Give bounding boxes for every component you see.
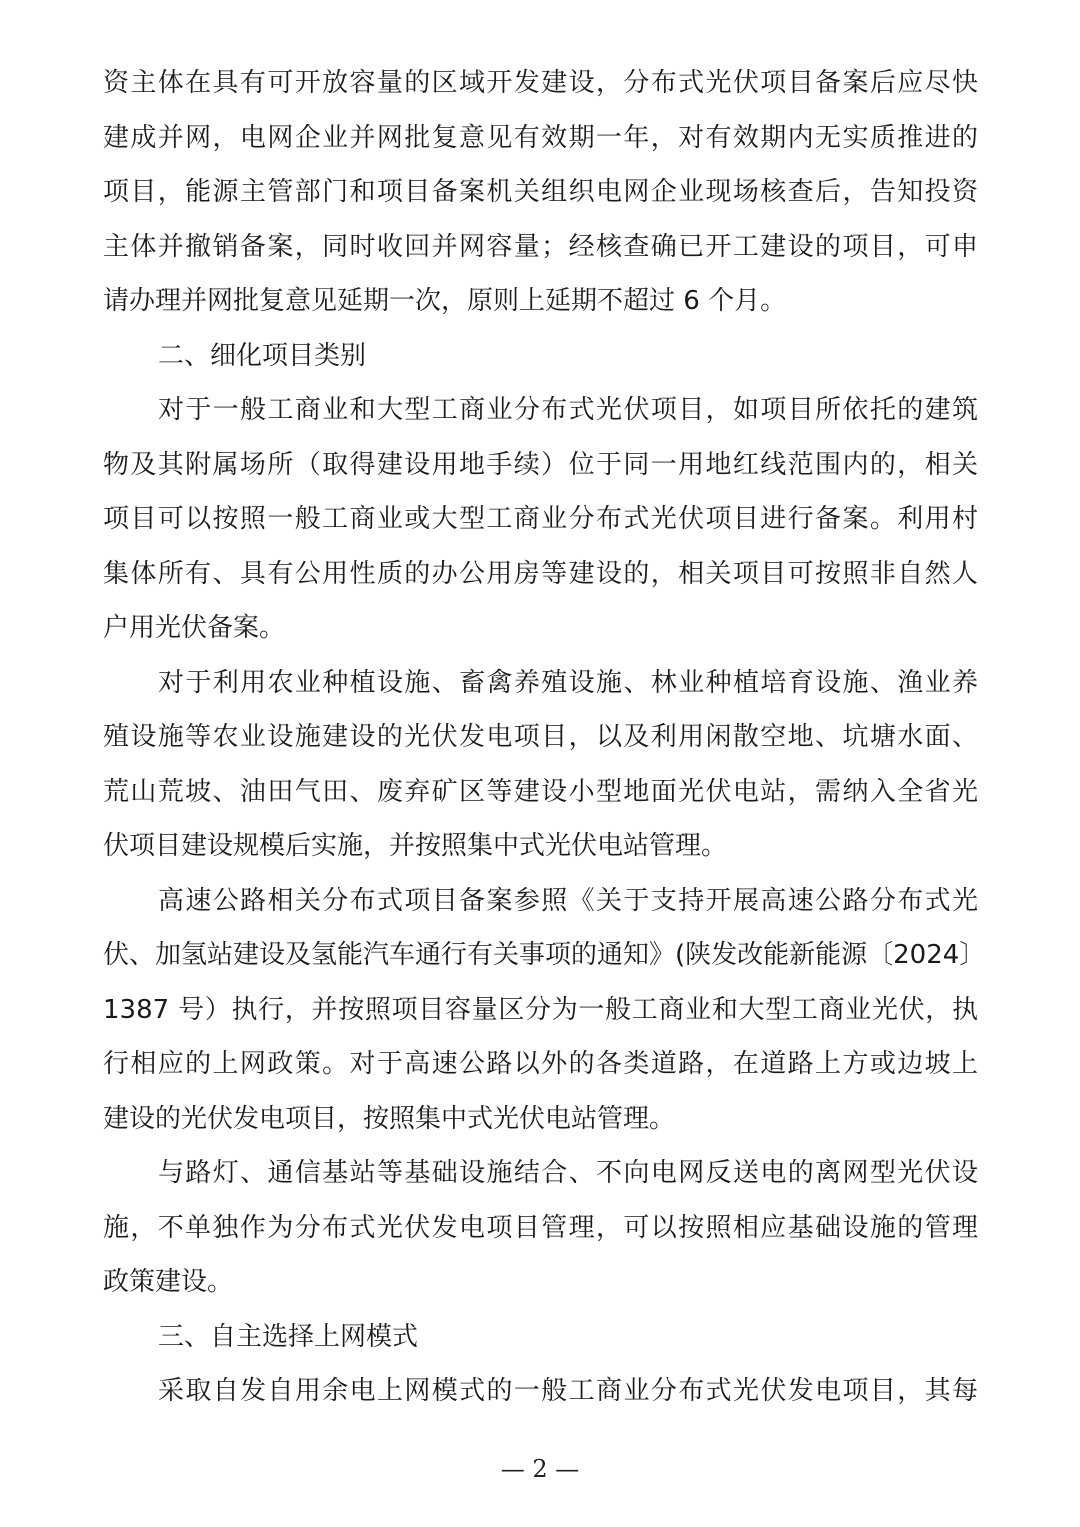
text-line: 殖设施等农业设施建设的光伏发电项目，以及利用闲散空地、坑塘水面、: [103, 717, 978, 757]
text-line: 高速公路相关分布式项目备案参照《关于支持开展高速公路分布式光: [158, 881, 978, 921]
text-line: 对于利用农业种植设施、畜禽养殖设施、林业种植培育设施、渔业养: [158, 663, 978, 703]
text-line: 荒山荒坡、油田气田、废弃矿区等建设小型地面光伏电站，需纳入全省光: [103, 772, 978, 812]
text-line: 伏、加氢站建设及氢能汽车通行有关事项的通知》(陕发改能新能源〔2024〕: [103, 935, 978, 975]
text-line: 1387 号）执行，并按照项目容量区分为一般工商业和大型工商业光伏，执: [103, 990, 978, 1030]
text-line: 户用光伏备案。: [103, 608, 978, 648]
text-line: 施，不单独作为分布式光伏发电项目管理，可以按照相应基础设施的管理: [103, 1208, 978, 1248]
text-line: 二、细化项目类别: [158, 336, 978, 376]
text-line: 项目可以按照一般工商业或大型工商业分布式光伏项目进行备案。利用村: [103, 499, 978, 539]
text-line: 采取自发自用余电上网模式的一般工商业分布式光伏发电项目，其每: [158, 1371, 978, 1411]
text-line: 资主体在具有可开放容量的区域开发建设，分布式光伏项目备案后应尽快: [103, 63, 978, 103]
text-line: 物及其附属场所（取得建设用地手续）位于同一用地红线范围内的，相关: [103, 445, 978, 485]
text-line: 集体所有、具有公用性质的办公用房等建设的，相关项目可按照非自然人: [103, 554, 978, 594]
text-line: 伏项目建设规模后实施，并按照集中式光伏电站管理。: [103, 826, 978, 866]
text-line: 项目，能源主管部门和项目备案机关组织电网企业现场核查后，告知投资: [103, 172, 978, 212]
page-number: — 2 —: [0, 1455, 1080, 1483]
text-line: 三、自主选择上网模式: [158, 1317, 978, 1357]
text-line: 行相应的上网政策。对于高速公路以外的各类道路，在道路上方或边坡上: [103, 1044, 978, 1084]
text-line: 与路灯、通信基站等基础设施结合、不向电网反送电的离网型光伏设: [158, 1153, 978, 1193]
text-line: 主体并撤销备案，同时收回并网容量；经核查确已开工建设的项目，可申: [103, 227, 978, 267]
text-line: 建设的光伏发电项目，按照集中式光伏电站管理。: [103, 1099, 978, 1139]
text-line: 对于一般工商业和大型工商业分布式光伏项目，如项目所依托的建筑: [158, 390, 978, 430]
text-line: 请办理并网批复意见延期一次，原则上延期不超过 6 个月。: [103, 281, 978, 321]
document-page: 资主体在具有可开放容量的区域开发建设，分布式光伏项目备案后应尽快建成并网，电网企…: [0, 0, 1080, 1527]
text-line: 政策建设。: [103, 1262, 978, 1302]
text-line: 建成并网，电网企业并网批复意见有效期一年，对有效期内无实质推进的: [103, 118, 978, 158]
